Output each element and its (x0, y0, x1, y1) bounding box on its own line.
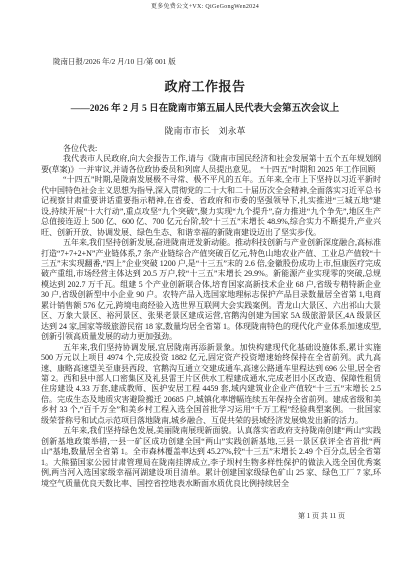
paragraph-green: 五年来,我们坚持绿色发展,美丽陇南展现新面貌。认真落实省政府支持陇南创建“两山”… (41, 426, 381, 489)
masthead-source-line: 陇南日报/2026 年/2 月/10 日/第 001 版 (53, 56, 176, 67)
report-subtitle: ——2026 年 2 月 5 日在陇南市第五届人民代表大会第五次会议上 (0, 100, 410, 114)
salutation: 各位代表: (41, 144, 381, 154)
paragraph-intro: 我代表市人民政府,向大会报告工作,请与《陇南市国民经济和社会发展第十五个五年规划… (41, 154, 381, 175)
report-title: 政府工作报告 (0, 76, 410, 95)
paragraph-innovation: 五年来,我们坚持创新发展,奋进陇南迸发新动能。推动科技创新与产业创新深度融合,高… (41, 238, 381, 343)
document-body: 各位代表: 我代表市人民政府,向大会报告工作,请与《陇南市国民经济和社会发展第十… (41, 144, 381, 489)
paragraph-overview: “十四五”时期,是陇南发展极不寻常、极不平凡的五年。五年来,全市上下坚持以习近平… (41, 175, 381, 238)
page-number: 第 1 页 共 11 页 (298, 511, 345, 521)
paragraph-coordination: 五年来,我们坚持协调发展,宜居陇南再添新景象。加快构建现代化基础设施体系,累计实… (41, 343, 381, 427)
document-page: 更多免费公文+VX: QiGeGongWen2024 陇南日报/2026 年/2… (0, 0, 410, 580)
watermark-text: 更多免费公文+VX: QiGeGongWen2024 (0, 1, 410, 10)
author-line: 陇南市市长 刘永革 (0, 124, 410, 137)
